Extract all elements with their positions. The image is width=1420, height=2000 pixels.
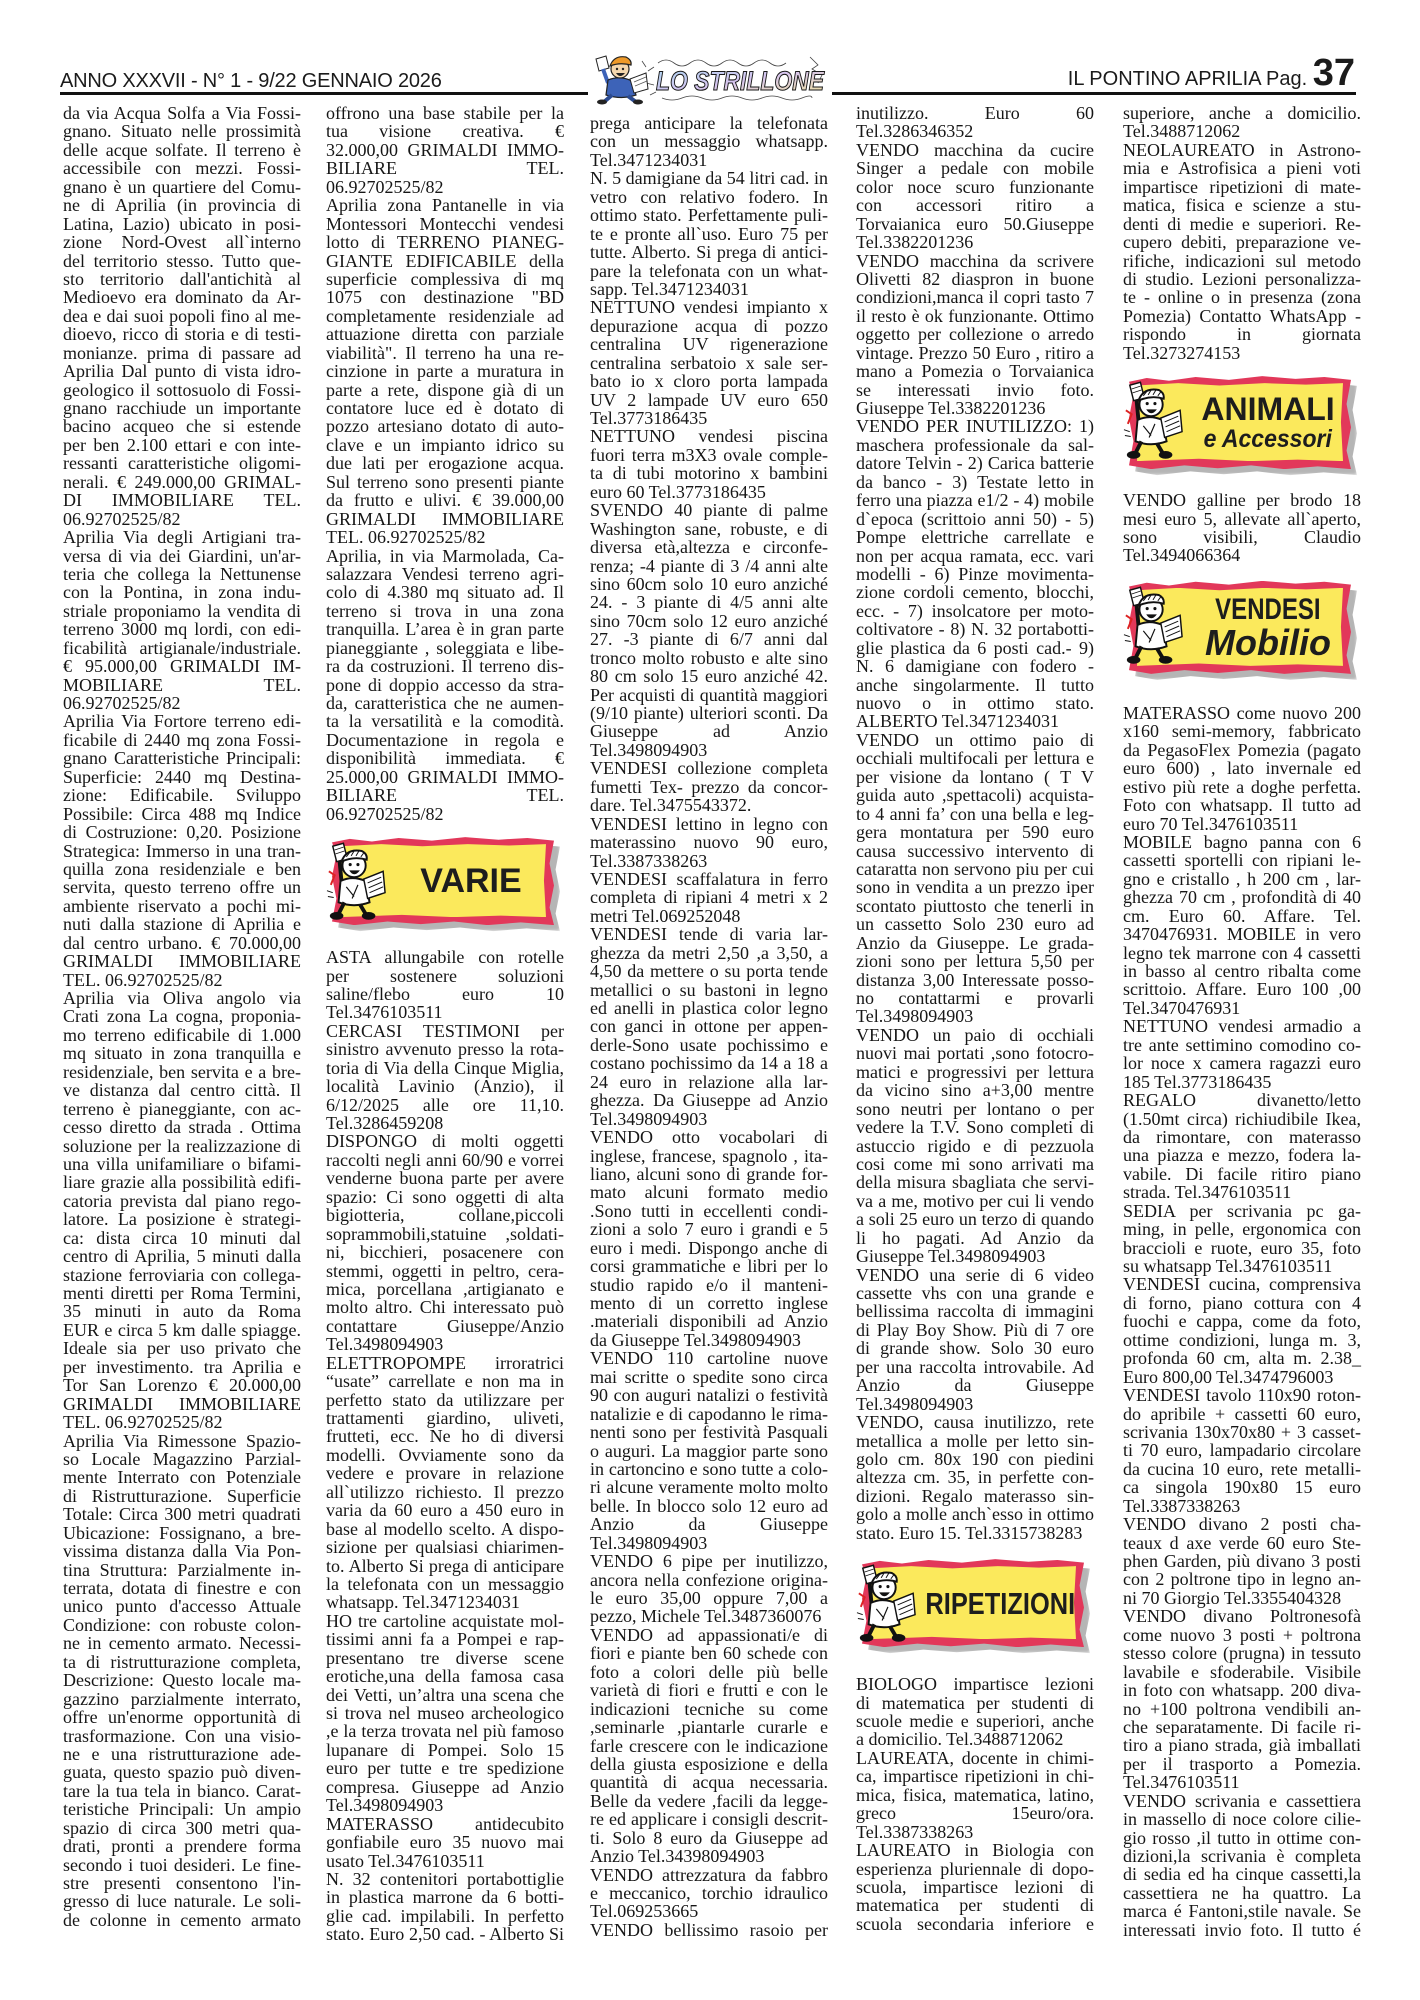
ad-line: DI IMMOBILIARE TEL.: [63, 491, 301, 509]
ad-line: stato. Euro 15. Tel.3315738283: [856, 1524, 1094, 1542]
ad-line: d`epoca (scrittoio anni 50) - 5): [856, 510, 1094, 528]
ad-line: materassino nuovo 90 euro,: [590, 833, 828, 851]
ad-line: in foto con whatsapp. 200 diva-: [1123, 1681, 1361, 1699]
section-banner-animali: ANIMALI e Accessori: [1123, 376, 1361, 475]
ad-line: inglese, francese, spagnolo , ita-: [590, 1147, 828, 1165]
classified-ad: Aprilia Via Fortore terreno edi-ficabile…: [63, 712, 301, 989]
ad-line: da, caratteristica che ne aumen-: [326, 694, 564, 712]
ad-line: Tel.3387338263: [590, 852, 828, 870]
ad-line: Tel.069253665: [590, 1902, 828, 1920]
ad-line: 185 Tel.3773186435: [1123, 1073, 1361, 1091]
ad-line: braccioli e ruote, euro 35, foto: [1123, 1239, 1361, 1257]
ad-line: sino 60cm solo 10 euro anziché: [590, 575, 828, 593]
ad-line: CERCASI TESTIMONI per: [326, 1022, 564, 1040]
ad-line: de colonne in cemento armato: [63, 1911, 301, 1929]
ad-line: Tel.3286346352: [856, 122, 1094, 140]
ad-line: 1075 con destinazione "BD: [326, 288, 564, 306]
ad-line: 32.000,00 GRIMALDI IMMO-: [326, 141, 564, 159]
ad-line: tua visione creativa. €: [326, 122, 564, 140]
ad-line: VENDO attrezzatura da fabbro: [590, 1866, 828, 1884]
ad-line: ottime condizioni, lunga m. 3,: [1123, 1331, 1361, 1349]
ad-line: scrivania 130x70x80 + 3 casset-: [1123, 1423, 1361, 1441]
ad-line: gnano racchiude un importante: [63, 399, 301, 417]
classified-ad: VENDO PER INUTILIZZO: 1)maschera profess…: [856, 417, 1094, 730]
ad-line: ancora nella confezione origina-: [590, 1571, 828, 1589]
ad-line: Tel.3498094903: [590, 1110, 828, 1128]
ad-line: a domicilio. Tel.3488712062: [856, 1730, 1094, 1748]
ad-line: tronco molto robusto e alte sino: [590, 649, 828, 667]
ad-line: Totale: Circa 300 metri quadrati: [63, 1505, 301, 1523]
ad-line: ambiente riservato a pochi mi-: [63, 897, 301, 915]
ad-line: astuccio rigido e di pezzuola: [856, 1137, 1094, 1155]
ad-line: colo di 4.380 mq situato ad. Il: [326, 583, 564, 601]
ad-line: Olivetti 82 diaspron in buone: [856, 270, 1094, 288]
ad-line: mento di un corretto inglese: [590, 1294, 828, 1312]
ad-line: REGALO divanetto/letto: [1123, 1091, 1361, 1109]
ad-line: VENDO otto vocabolari di: [590, 1128, 828, 1146]
ad-line: 90 con auguri natalizi o festività: [590, 1386, 828, 1404]
ad-line: usato Tel.3476103511: [326, 1852, 564, 1870]
ad-line: profonda 60 cm, alta m. 2.38_: [1123, 1349, 1361, 1367]
classified-ad: superiore, anche a domicilio.Tel.3488712…: [1123, 104, 1361, 141]
ad-line: teaux d axe verde 60 euro Ste-: [1123, 1534, 1361, 1552]
ad-line: accessibile con mezzi. Fossi-: [63, 159, 301, 177]
classified-ad: REGALO divanetto/letto(1.50mt circa) ric…: [1123, 1091, 1361, 1202]
classified-ad: DISPONGO di molti oggettiraccolti negli …: [326, 1132, 564, 1353]
ad-line: con accessori ritiro a: [856, 196, 1094, 214]
ad-line: euro 60 Tel.3773186435: [590, 483, 828, 501]
ad-line: anche singolarmente. Il tutto: [856, 676, 1094, 694]
banner-title: RIPETIZIONI: [925, 1588, 1075, 1619]
ad-line: Tel.3488712062: [1123, 122, 1361, 140]
ad-line: di Costruzione: 0,20. Posizione: [63, 823, 301, 841]
classified-ad: HO tre cartoline acquistate mol-tissimi …: [326, 1612, 564, 1815]
ad-line: teria che collega la Nettunense: [63, 565, 301, 583]
ad-line: su whatsapp Tel.3476103511: [1123, 1257, 1361, 1275]
ad-line: Ideale sia per uso privato che: [63, 1339, 301, 1357]
classified-ad: VENDO ad appassionati/e difiori e piante…: [590, 1626, 828, 1866]
ad-line: zione Nord-Ovest all`interno: [63, 233, 301, 251]
ad-line: indicazioni tecniche su come: [590, 1700, 828, 1718]
ad-line: per visione da lontano ( T V: [856, 768, 1094, 786]
ad-line: VENDO 110 cartoline nuove: [590, 1349, 828, 1367]
ad-line: di studio. Lezioni personalizza-: [1123, 270, 1361, 288]
ad-line: superficie complessiva di mq: [326, 270, 564, 288]
ad-line: stemmi, oggetti in peltro, cera-: [326, 1262, 564, 1280]
ad-line: venderne buona parte per avere: [326, 1169, 564, 1187]
classified-ad: da via Acqua Solfa a Via Fossi-gnano. Si…: [63, 104, 301, 528]
ad-line: legno tek marrone con 4 cassetti: [1123, 944, 1361, 962]
classified-ad: Aprilia via Oliva angolo viaCrati zona L…: [63, 989, 301, 1432]
classified-ad: VENDO galline per brodo 18mesi euro 5, a…: [1123, 491, 1361, 565]
ad-line: MOBILIARE TEL.: [63, 676, 301, 694]
ad-line: matematica per studenti di: [856, 1896, 1094, 1914]
classified-ad: VENDESI tavolo 110x90 roton-do apribile …: [1123, 1386, 1361, 1515]
ad-line: pozzo artesiano dotato di auto-: [326, 417, 564, 435]
ad-line: sino 70cm solo 12 euro anziché: [590, 612, 828, 630]
classified-ad: SEDIA per scrivania pc ga-ming, in pelle…: [1123, 1202, 1361, 1276]
section-banner-ripetizioni: RIPETIZIONI: [856, 1559, 1094, 1653]
publication-name: IL PONTINO APRILIA Pag.: [1068, 68, 1307, 90]
ad-line: unico punto d'accesso Attuale: [63, 1597, 301, 1615]
ad-line: attuazione diretta con parziale: [326, 325, 564, 343]
ad-line: ni, bicchieri, posacenere con: [326, 1243, 564, 1261]
ad-line: Euro 800,00 Tel.3474796003: [1123, 1368, 1361, 1386]
ad-line: Pomezia) Contatto WhatsApp -: [1123, 307, 1361, 325]
ad-line: TEL. 06.92702525/82: [326, 528, 564, 546]
ad-line: Torvaianica euro 50.Giuseppe: [856, 215, 1094, 233]
issue-info: ANNO XXXVII - N° 1 - 9/22 GENNAIO 2026: [60, 69, 442, 93]
ad-line: VENDO scrivania e cassettiera: [1123, 1792, 1361, 1810]
ad-line: da PegasoFlex Pomezia (pagato: [1123, 741, 1361, 759]
ad-line: dea e dai suoi popoli fino al me-: [63, 307, 301, 325]
ad-line: (1.50mt circa) richiudibile Ikea,: [1123, 1110, 1361, 1128]
ad-line: 35 minuti in auto da Roma: [63, 1302, 301, 1320]
ad-line: ne di Aprilia (in provincia di: [63, 196, 301, 214]
classified-ad: NETTUNO vendesi impianto xdepurazione ac…: [590, 298, 828, 427]
ad-line: Aprilia Dal punto di vista idro-: [63, 362, 301, 380]
ad-line: le euro 35,00 oppure 7,00 a: [590, 1589, 828, 1607]
ad-line: base al modello scelto. A dispo-: [326, 1520, 564, 1538]
ad-line: zione: Edificabile. Sviluppo: [63, 786, 301, 804]
ad-line: (9/10 piante) ulteriori sconti. Da: [590, 704, 828, 722]
banner-title-block: VARIE: [388, 837, 554, 925]
ad-line: ficabilità artigianale/industriale.: [63, 639, 301, 657]
ad-line: contatore luce ed è dotato di: [326, 399, 564, 417]
ad-line: do apribile + cassetti 60 euro,: [1123, 1405, 1361, 1423]
ad-line: vedere la T.V. Sono completi di: [856, 1118, 1094, 1136]
ad-line: della misura sbagliata che servi-: [856, 1173, 1094, 1191]
classified-ad: VENDO divano 2 posti cha-teaux d axe ver…: [1123, 1515, 1361, 1607]
ad-line: monianze. prima di passare ad: [63, 344, 301, 362]
ad-line: ed anelli in plastica color legno: [590, 999, 828, 1017]
newsboy-mascot-icon: [1122, 381, 1184, 461]
ad-line: VENDESI scaffalatura in ferro: [590, 870, 828, 888]
ad-line: scontato piuttosto che tenerli in: [856, 897, 1094, 915]
ad-line: gnano Caratteristiche Principali:: [63, 749, 301, 767]
ad-line: tiro a piano strada, già imballati: [1123, 1736, 1361, 1754]
classified-ad: VENDESI lettino in legno conmaterassino …: [590, 815, 828, 870]
ad-line: BIOLOGO impartisce lezioni: [856, 1675, 1094, 1693]
ad-line: un cassetto Solo 230 euro ad: [856, 915, 1094, 933]
ad-line: Tel.3773186435: [590, 409, 828, 427]
ad-line: nuovi mai portati ,sono fotocro-: [856, 1044, 1094, 1062]
ad-line: distanza 3,00 Interessate posso-: [856, 971, 1094, 989]
ad-line: erotiche,una della famosa casa: [326, 1667, 564, 1685]
ad-line: sinistro avvenuto presso la rota-: [326, 1040, 564, 1058]
ad-line: ti. Solo 8 euro da Giuseppe ad: [590, 1829, 828, 1847]
ad-line: trasformazione. Con una visio-: [63, 1727, 301, 1745]
ad-line: ca, impartisce ripetizioni in chi-: [856, 1767, 1094, 1785]
ad-line: esperienza pluriennale di dopo-: [856, 1860, 1094, 1878]
ad-line: HO tre cartoline acquistate mol-: [326, 1612, 564, 1630]
ad-line: 06.92702525/82: [326, 178, 564, 196]
ad-line: MATERASSO antidecubito: [326, 1815, 564, 1833]
ad-line: VENDO, causa inutilizzo, rete: [856, 1413, 1094, 1431]
classified-ad: CERCASI TESTIMONI persinistro avvenuto p…: [326, 1022, 564, 1133]
ad-line: cesso diretto da strada . Ottima: [63, 1118, 301, 1136]
ad-line: Foto con whatsapp. Il tutto ad: [1123, 796, 1361, 814]
classified-ad: NETTUNO vendesi armadio atre ante settim…: [1123, 1017, 1361, 1091]
ad-line: Tel.3382201236: [856, 233, 1094, 251]
ad-line: per investimento. tra Aprilia e: [63, 1358, 301, 1376]
ad-line: sono in vendita a un prezzo iper: [856, 878, 1094, 896]
ad-line: Washington sane, robuste, e di: [590, 520, 828, 538]
ad-line: euro 70 Tel.3476103511: [1123, 815, 1361, 833]
lo-strillone-logo: LO STRILLONE: [588, 53, 832, 105]
ad-line: so Locale Magazzino Parzial-: [63, 1450, 301, 1468]
ad-line: Aprilia via Oliva angolo via: [63, 989, 301, 1007]
ad-line: NETTUNO vendesi impianto x: [590, 298, 828, 316]
ad-line: Aprilia Via degli Artigiani tra-: [63, 528, 301, 546]
ad-line: ne e una ristrutturazione ade-: [63, 1745, 301, 1763]
ad-line: Latina, Lazio) ubicato in posi-: [63, 215, 301, 233]
ad-line: soluzione per la realizzazione di: [63, 1137, 301, 1155]
page-column-4: inutilizzo. Euro 60Tel.3286346352VENDO m…: [856, 104, 1094, 1933]
ad-line: Aprilia Via Fortore terreno edi-: [63, 712, 301, 730]
ad-line: mato alcuni formato medio: [590, 1183, 828, 1201]
ad-line: gresso di luce naturale. Le soli-: [63, 1892, 301, 1910]
ad-line: fuochi e cappa, come da foto,: [1123, 1312, 1361, 1330]
ad-line: da via Acqua Solfa a Via Fossi-: [63, 104, 301, 122]
ad-line: to. Alberto Si prega di anticipare: [326, 1557, 564, 1575]
ad-line: vetro con relativo fodero. In: [590, 188, 828, 206]
ad-line: come nuovo 3 posti + poltrona: [1123, 1626, 1361, 1644]
ad-line: mano a Pomezia o Torvaianica: [856, 362, 1094, 380]
classified-ad: MOBILE bagno panna con 6cassetti sportel…: [1123, 833, 1361, 1017]
section-banner-vendesi: VENDESI Mobilio: [1123, 581, 1361, 680]
classified-ad: LAUREATO in Biologia conesperienza pluri…: [856, 1841, 1094, 1933]
ad-line: località Lavinio (Anzio), il: [326, 1077, 564, 1095]
ad-line: stre presenti consentono l'in-: [63, 1874, 301, 1892]
ad-line: ta la versatilità e la comodità.: [326, 712, 564, 730]
newsboy-mascot-icon: [325, 842, 387, 922]
ad-line: ,seminarle ,piantarle curarle e: [590, 1718, 828, 1736]
ad-line: DISPONGO di molti oggetti: [326, 1132, 564, 1150]
ad-line: bato io x cloro porta lampada: [590, 372, 828, 390]
ad-line: toria di Via della Cinque Miglia,: [326, 1059, 564, 1077]
ad-line: color noce scuro funzionante: [856, 178, 1094, 196]
ad-line: gonfiabile euro 35 nuovo mai: [326, 1833, 564, 1851]
banner-title: VARIE: [420, 864, 521, 898]
ad-line: completa di ripiani 4 metri x 2: [590, 888, 828, 906]
ad-line: ,e la terza trovata nel più famoso: [326, 1722, 564, 1740]
ad-line: ming, in pelle, ergonomica con: [1123, 1220, 1361, 1238]
classified-ad: VENDO 110 cartoline nuovemai scritte o s…: [590, 1349, 828, 1552]
ad-line: renza; -4 piante di 3 /4 anni alte: [590, 557, 828, 575]
ad-line: quantità di acqua necessaria.: [590, 1773, 828, 1791]
ad-line: Tel.3471234031: [590, 151, 828, 169]
ad-line: 6/12/2025 alle ore 11,10.: [326, 1096, 564, 1114]
ad-line: vabile. Di facile ritiro piano: [1123, 1165, 1361, 1183]
ad-line: impartisce ripetizioni di mate-: [1123, 178, 1361, 196]
ad-line: offre un'enorme opportunità di: [63, 1708, 301, 1726]
ad-line: per il trasporto a Pomezia.: [1123, 1755, 1361, 1773]
ad-line: bacino acqueo che si estende: [63, 417, 301, 435]
classified-ad: VENDO otto vocabolari diinglese, frances…: [590, 1128, 828, 1349]
ad-line: di Ristrutturazione. Superficie: [63, 1487, 301, 1505]
ad-line: .materiali disponibili ad Anzio: [590, 1312, 828, 1330]
ad-line: 3470476931. MOBILE in vero: [1123, 925, 1361, 943]
ad-line: Condizione: con robuste colon-: [63, 1616, 301, 1634]
ad-line: vintage. Prezzo 50 Euro , ritiro a: [856, 344, 1094, 362]
ad-line: si trova nel museo archeologico: [326, 1704, 564, 1722]
ad-line: GRIMALDI IMMOBILIARE: [63, 1395, 301, 1413]
ad-line: cupero debiti, preparazione ve-: [1123, 233, 1361, 251]
ad-line: 4,50 da mettere o su porta tende: [590, 962, 828, 980]
ad-line: denti di medie e superiori. Re-: [1123, 215, 1361, 233]
ad-line: drati, pronti a prendere forma: [63, 1837, 301, 1855]
ad-line: ri alcune veramente molto molto: [590, 1478, 828, 1496]
ad-line: phen Garden, più divano 3 posti: [1123, 1552, 1361, 1570]
ad-line: Montessori Montecchi vendesi: [326, 215, 564, 233]
ad-line: tina Struttura: Parzialmente in-: [63, 1561, 301, 1579]
ad-line: Per acquisti di quantità maggiori: [590, 686, 828, 704]
ad-line: modelli - 6) Pinze movimenta-: [856, 565, 1094, 583]
ad-line: saline/flebo euro 10: [326, 985, 564, 1003]
ad-line: BILIARE TEL.: [326, 159, 564, 177]
ad-line: non per acqua ramata, ecc. vari: [856, 547, 1094, 565]
banner-title: ANIMALI: [1201, 393, 1334, 425]
ad-line: Giuseppe Tel.3382201236: [856, 399, 1094, 417]
ad-line: zioni a solo 7 euro i grandi e 5: [590, 1220, 828, 1238]
classified-ad: VENDO attrezzatura da fabbroe meccanico,…: [590, 1866, 828, 1921]
ad-line: clave e un impianto idrico su: [326, 436, 564, 454]
ad-line: Possibile: Circa 488 mq Indice: [63, 805, 301, 823]
ad-line: SVENDO 40 piante di palme: [590, 501, 828, 519]
ad-line: euro i medi. Dispongo anche di: [590, 1239, 828, 1257]
ad-line: VENDO galline per brodo 18: [1123, 491, 1361, 509]
ad-line: mente Interrato con Potenziale: [63, 1468, 301, 1486]
ad-line: Tel.3494066364: [1123, 546, 1361, 564]
ad-line: matici e progressivi per lettura: [856, 1063, 1094, 1081]
banner-title-block: VENDESI Mobilio: [1185, 581, 1351, 674]
classified-ad: VENDO 6 pipe per inutilizzo,ancora nella…: [590, 1552, 828, 1626]
ad-line: marca é Fantoni,stile navale. Se: [1123, 1902, 1361, 1920]
ad-line: metri Tel.069252048: [590, 907, 828, 925]
ad-line: prega anticipare la telefonata: [590, 114, 828, 132]
ad-line: VENDESI tavolo 110x90 roton-: [1123, 1386, 1361, 1404]
classified-ad: NETTUNO vendesi piscinafuori terra m3X3 …: [590, 427, 828, 501]
ad-line: spazio di circa 300 metri qua-: [63, 1819, 301, 1837]
ad-line: x160 semi-memory, fabbricato: [1123, 722, 1361, 740]
ad-line: Anzio da Giuseppe. Le grada-: [856, 934, 1094, 952]
ad-line: nerali. € 249.000,00 GRIMAL-: [63, 473, 301, 491]
ad-line: con un messaggio whatsapp.: [590, 132, 828, 150]
ad-line: trattamenti giardino, uliveti,: [326, 1409, 564, 1427]
ad-line: disponibilità immediata. €: [326, 749, 564, 767]
ad-line: ELETTROPOMPE irroratrici: [326, 1354, 564, 1372]
ad-line: cosi come mi sono arrivati ma: [856, 1155, 1094, 1173]
ad-line: to 4 anni fa’ con una bella e leg-: [856, 805, 1094, 823]
ad-line: superiore, anche a domicilio.: [1123, 104, 1361, 122]
ad-line: dizioni,la scrivania è completa: [1123, 1847, 1361, 1865]
ad-line: cassettiera ne ha quattro. La: [1123, 1884, 1361, 1902]
ad-line: in massello di noce colore cilie-: [1123, 1810, 1361, 1828]
ad-line: N. 6 damigiane con fodero -: [856, 657, 1094, 675]
ad-line: VENDO ad appassionati/e di: [590, 1626, 828, 1644]
ad-line: pezzo, Michele Tel.3487360076: [590, 1607, 828, 1625]
ad-line: lor noce x camera ragazzi euro: [1123, 1054, 1361, 1072]
ad-line: Tel.3498094903: [590, 741, 828, 759]
ad-line: Anzio da Giuseppe: [856, 1376, 1094, 1394]
ad-line: te e pronte all`uso. Euro 75 per: [590, 225, 828, 243]
ad-line: whatsapp. Tel.3471234031: [326, 1593, 564, 1611]
classified-ad: VENDO un paio di occhialinuovi mai porta…: [856, 1026, 1094, 1266]
ad-line: mq situato in zona tranquilla e: [63, 1044, 301, 1062]
ad-line: rispondo in giornata: [1123, 325, 1361, 343]
ad-line: N. 32 contenitori portabottiglie: [326, 1870, 564, 1888]
ad-line: Tel.3273274153: [1123, 344, 1361, 362]
ad-line: fiori e piante ben 60 schede con: [590, 1644, 828, 1662]
ad-line: ghezza 70 cm , profondità di 40: [1123, 888, 1361, 906]
ad-line: sizione per qualsiasi chiarimen-: [326, 1538, 564, 1556]
ad-line: studio rapido e/o il manteni-: [590, 1276, 828, 1294]
ad-line: Tel.3498094903: [856, 1395, 1094, 1413]
classified-ad: VENDO, causa inutilizzo, retemetallica a…: [856, 1413, 1094, 1542]
ad-line: VENDESI tende di varia lar-: [590, 925, 828, 943]
ad-line: Ubicazione: Fossignano, a bre-: [63, 1524, 301, 1542]
ad-line: dizioni. Regalo materasso sin-: [856, 1487, 1094, 1505]
ad-line: offrono una base stabile per la: [326, 104, 564, 122]
classified-ad: Aprilia Via degli Artigiani tra-versa di…: [63, 528, 301, 712]
classified-ad: VENDO un ottimo paio diocchiali multifoc…: [856, 731, 1094, 1026]
ad-line: per una raccolta introvabile. Ad: [856, 1358, 1094, 1376]
ad-line: coltivatore - 8) N. 32 portabotti-: [856, 620, 1094, 638]
ad-line: modelli. Ovviamente sono da: [326, 1446, 564, 1464]
ad-line: che separatamente. Di facile ri-: [1123, 1718, 1361, 1736]
classified-ad: NEOLAUREATO in Astrono-mia e Astrofisica…: [1123, 141, 1361, 362]
ad-line: VENDO una serie di 6 video: [856, 1266, 1094, 1284]
ad-line: strada. Tel.3476103511: [1123, 1183, 1361, 1201]
ad-line: da Giuseppe Tel.3498094903: [590, 1331, 828, 1349]
ad-line: VENDO macchina da scrivere: [856, 252, 1094, 270]
ad-line: teristiche Principali: Un ampio: [63, 1800, 301, 1818]
ad-line: nuovo o in ottimo stato.: [856, 694, 1094, 712]
classified-ad: MATERASSO come nuovo 200x160 semi-memory…: [1123, 704, 1361, 833]
ad-line: Aprilia Via Rimessone Spazio-: [63, 1432, 301, 1450]
ad-line: MATERASSO come nuovo 200: [1123, 704, 1361, 722]
ad-line: maschera professionale da sal-: [856, 436, 1094, 454]
ad-line: ferro una piazza e1/2 - 4) mobile: [856, 491, 1094, 509]
ad-line: completamente residenziale ad: [326, 307, 564, 325]
ad-line: secondo i tuoi desideri. Le fine-: [63, 1856, 301, 1874]
logo-text: LO STRILLONE: [656, 66, 825, 96]
ad-line: viabilità". Il terreno ha una re-: [326, 344, 564, 362]
page-column-2: offrono una base stabile per latua visio…: [326, 104, 564, 1944]
ad-line: con la Pontina, in zona indu-: [63, 583, 301, 601]
ad-line: menti diretti per Roma Termini,: [63, 1284, 301, 1302]
ad-line: NETTUNO vendesi armadio a: [1123, 1017, 1361, 1035]
classified-ad: prega anticipare la telefonatacon un mes…: [590, 114, 828, 169]
ad-line: dioevo, ricco di storia e di testi-: [63, 325, 301, 343]
ad-line: SEDIA per scrivania pc ga-: [1123, 1202, 1361, 1220]
classified-ad: VENDO una serie di 6 videocassette vhs c…: [856, 1266, 1094, 1414]
ad-line: GIANTE EDIFICABILE della: [326, 252, 564, 270]
classified-ad: inutilizzo. Euro 60Tel.3286346352: [856, 104, 1094, 141]
ad-line: in basso al centro ribalta come: [1123, 962, 1361, 980]
ad-line: GRIMALDI IMMOBILIARE: [63, 952, 301, 970]
ad-line: Tel.3476103511: [1123, 1773, 1361, 1791]
ad-line: Aprilia zona Pantanelle in via: [326, 196, 564, 214]
ad-line: VENDO macchina da cucire: [856, 141, 1094, 159]
ad-line: Tel.3470476931: [1123, 999, 1361, 1017]
ad-line: NEOLAUREATO in Astrono-: [1123, 141, 1361, 159]
ad-line: guata, questo spazio può diven-: [63, 1763, 301, 1781]
ad-line: Tel.3476103511: [326, 1003, 564, 1021]
ad-line: altezza cm. 35, in perfette con-: [856, 1468, 1094, 1486]
ad-line: farle crescere con le indicazione: [590, 1737, 828, 1755]
